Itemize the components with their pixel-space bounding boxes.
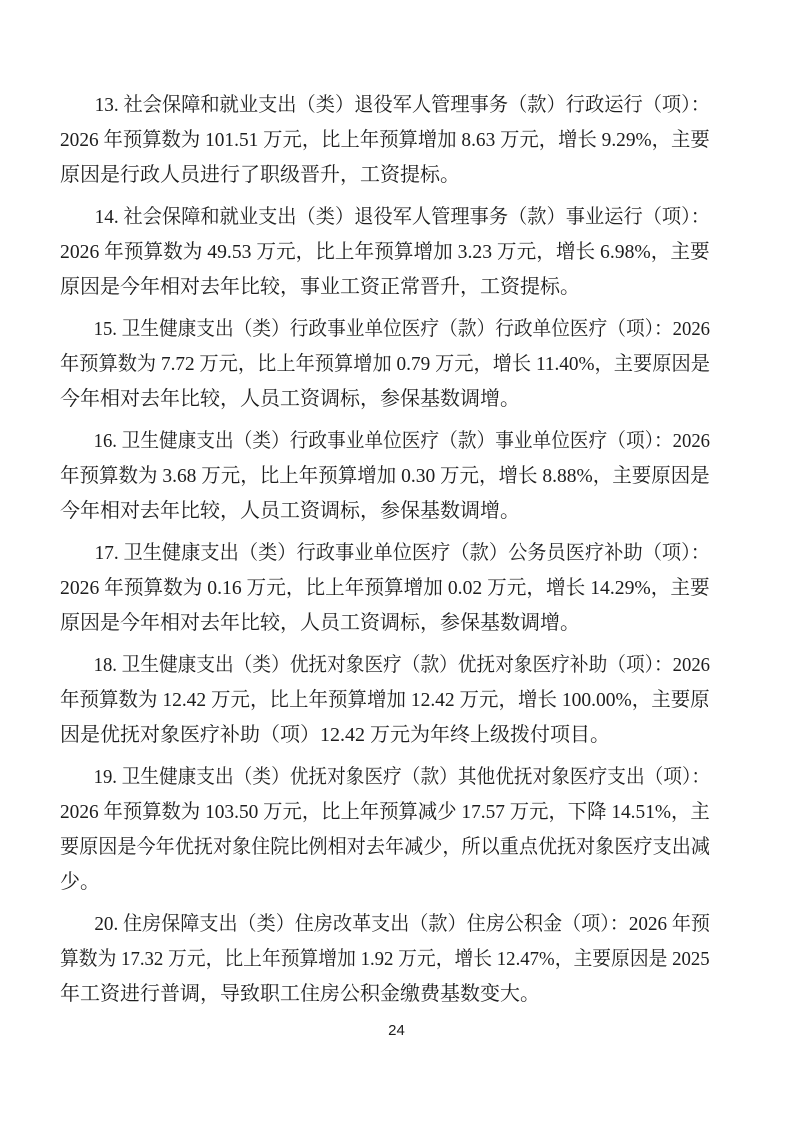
text-line: 算数为 17.32 万元，比上年预算增加 1.92 万元，增长 12.47%，主…	[60, 942, 671, 977]
text-line: 19. 卫生健康支出（类）优抚对象医疗（款）其他优抚对象医疗支出（项）：	[60, 760, 667, 795]
text-line: 13. 社会保障和就业支出（类）退役军人管理事务（款）行政运行（项）：	[60, 88, 685, 123]
text-line: 2026 年预算数为 103.50 万元，比上年预算减少 17.57 万元，下降…	[60, 795, 689, 830]
paragraph-15: 15. 卫生健康支出（类）行政事业单位医疗（款）行政单位医疗（项）：2026年预…	[60, 312, 710, 417]
paragraph-19: 19. 卫生健康支出（类）优抚对象医疗（款）其他优抚对象医疗支出（项）：2026…	[60, 760, 710, 900]
text-line: 原因是今年相对去年比较，事业工资正常晋升，工资提标。	[60, 270, 710, 305]
paragraph-18: 18. 卫生健康支出（类）优抚对象医疗（款）优抚对象医疗补助（项）：2026年预…	[60, 648, 710, 753]
text-line: 原因是行政人员进行了职级晋升，工资提标。	[60, 158, 710, 193]
text-line: 年预算数为 12.42 万元，比上年预算增加 12.42 万元，增长 100.0…	[60, 683, 693, 718]
text-line: 15. 卫生健康支出（类）行政事业单位医疗（款）行政单位医疗（项）：2026	[60, 312, 667, 347]
text-line: 年工资进行普调，导致职工住房公积金缴费基数变大。	[60, 977, 710, 1012]
text-line: 今年相对去年比较，人员工资调标，参保基数调增。	[60, 382, 710, 417]
text-line: 20. 住房保障支出（类）住房改革支出（款）住房公积金（项）：2026 年预	[60, 907, 680, 942]
text-line: 少。	[60, 865, 710, 900]
text-line: 原因是今年相对去年比较，人员工资调标，参保基数调增。	[60, 606, 710, 641]
text-line: 因是优抚对象医疗补助（项）12.42 万元为年终上级拨付项目。	[60, 718, 710, 753]
text-line: 要原因是今年优抚对象住院比例相对去年减少，所以重点优抚对象医疗支出减	[60, 830, 681, 865]
paragraph-13: 13. 社会保障和就业支出（类）退役军人管理事务（款）行政运行（项）：2026 …	[60, 88, 710, 193]
text-line: 16. 卫生健康支出（类）行政事业单位医疗（款）事业单位医疗（项）：2026	[60, 424, 667, 459]
paragraph-16: 16. 卫生健康支出（类）行政事业单位医疗（款）事业单位医疗（项）：2026年预…	[60, 424, 710, 529]
text-line: 2026 年预算数为 49.53 万元，比上年预算增加 3.23 万元，增长 6…	[60, 235, 698, 270]
text-line: 17. 卫生健康支出（类）行政事业单位医疗（款）公务员医疗补助（项）：	[60, 536, 685, 571]
text-line: 2026 年预算数为 101.51 万元，比上年预算增加 8.63 万元，增长 …	[60, 123, 689, 158]
document-page: 13. 社会保障和就业支出（类）退役军人管理事务（款）行政运行（项）：2026 …	[0, 0, 793, 1122]
paragraph-17: 17. 卫生健康支出（类）行政事业单位医疗（款）公务员医疗补助（项）：2026 …	[60, 536, 710, 641]
body-text: 13. 社会保障和就业支出（类）退役军人管理事务（款）行政运行（项）：2026 …	[60, 88, 710, 1012]
text-line: 14. 社会保障和就业支出（类）退役军人管理事务（款）事业运行（项）：	[60, 200, 685, 235]
text-line: 今年相对去年比较，人员工资调标，参保基数调增。	[60, 494, 710, 529]
text-line: 年预算数为 3.68 万元，比上年预算增加 0.30 万元，增长 8.88%，主…	[60, 459, 693, 494]
text-line: 18. 卫生健康支出（类）优抚对象医疗（款）优抚对象医疗补助（项）：2026	[60, 648, 667, 683]
text-line: 年预算数为 7.72 万元，比上年预算增加 0.79 万元，增长 11.40%，…	[60, 347, 685, 382]
text-line: 2026 年预算数为 0.16 万元，比上年预算增加 0.02 万元，增长 14…	[60, 571, 698, 606]
page-number: 24	[0, 1022, 793, 1039]
paragraph-14: 14. 社会保障和就业支出（类）退役军人管理事务（款）事业运行（项）：2026 …	[60, 200, 710, 305]
paragraph-20: 20. 住房保障支出（类）住房改革支出（款）住房公积金（项）：2026 年预算数…	[60, 907, 710, 1012]
